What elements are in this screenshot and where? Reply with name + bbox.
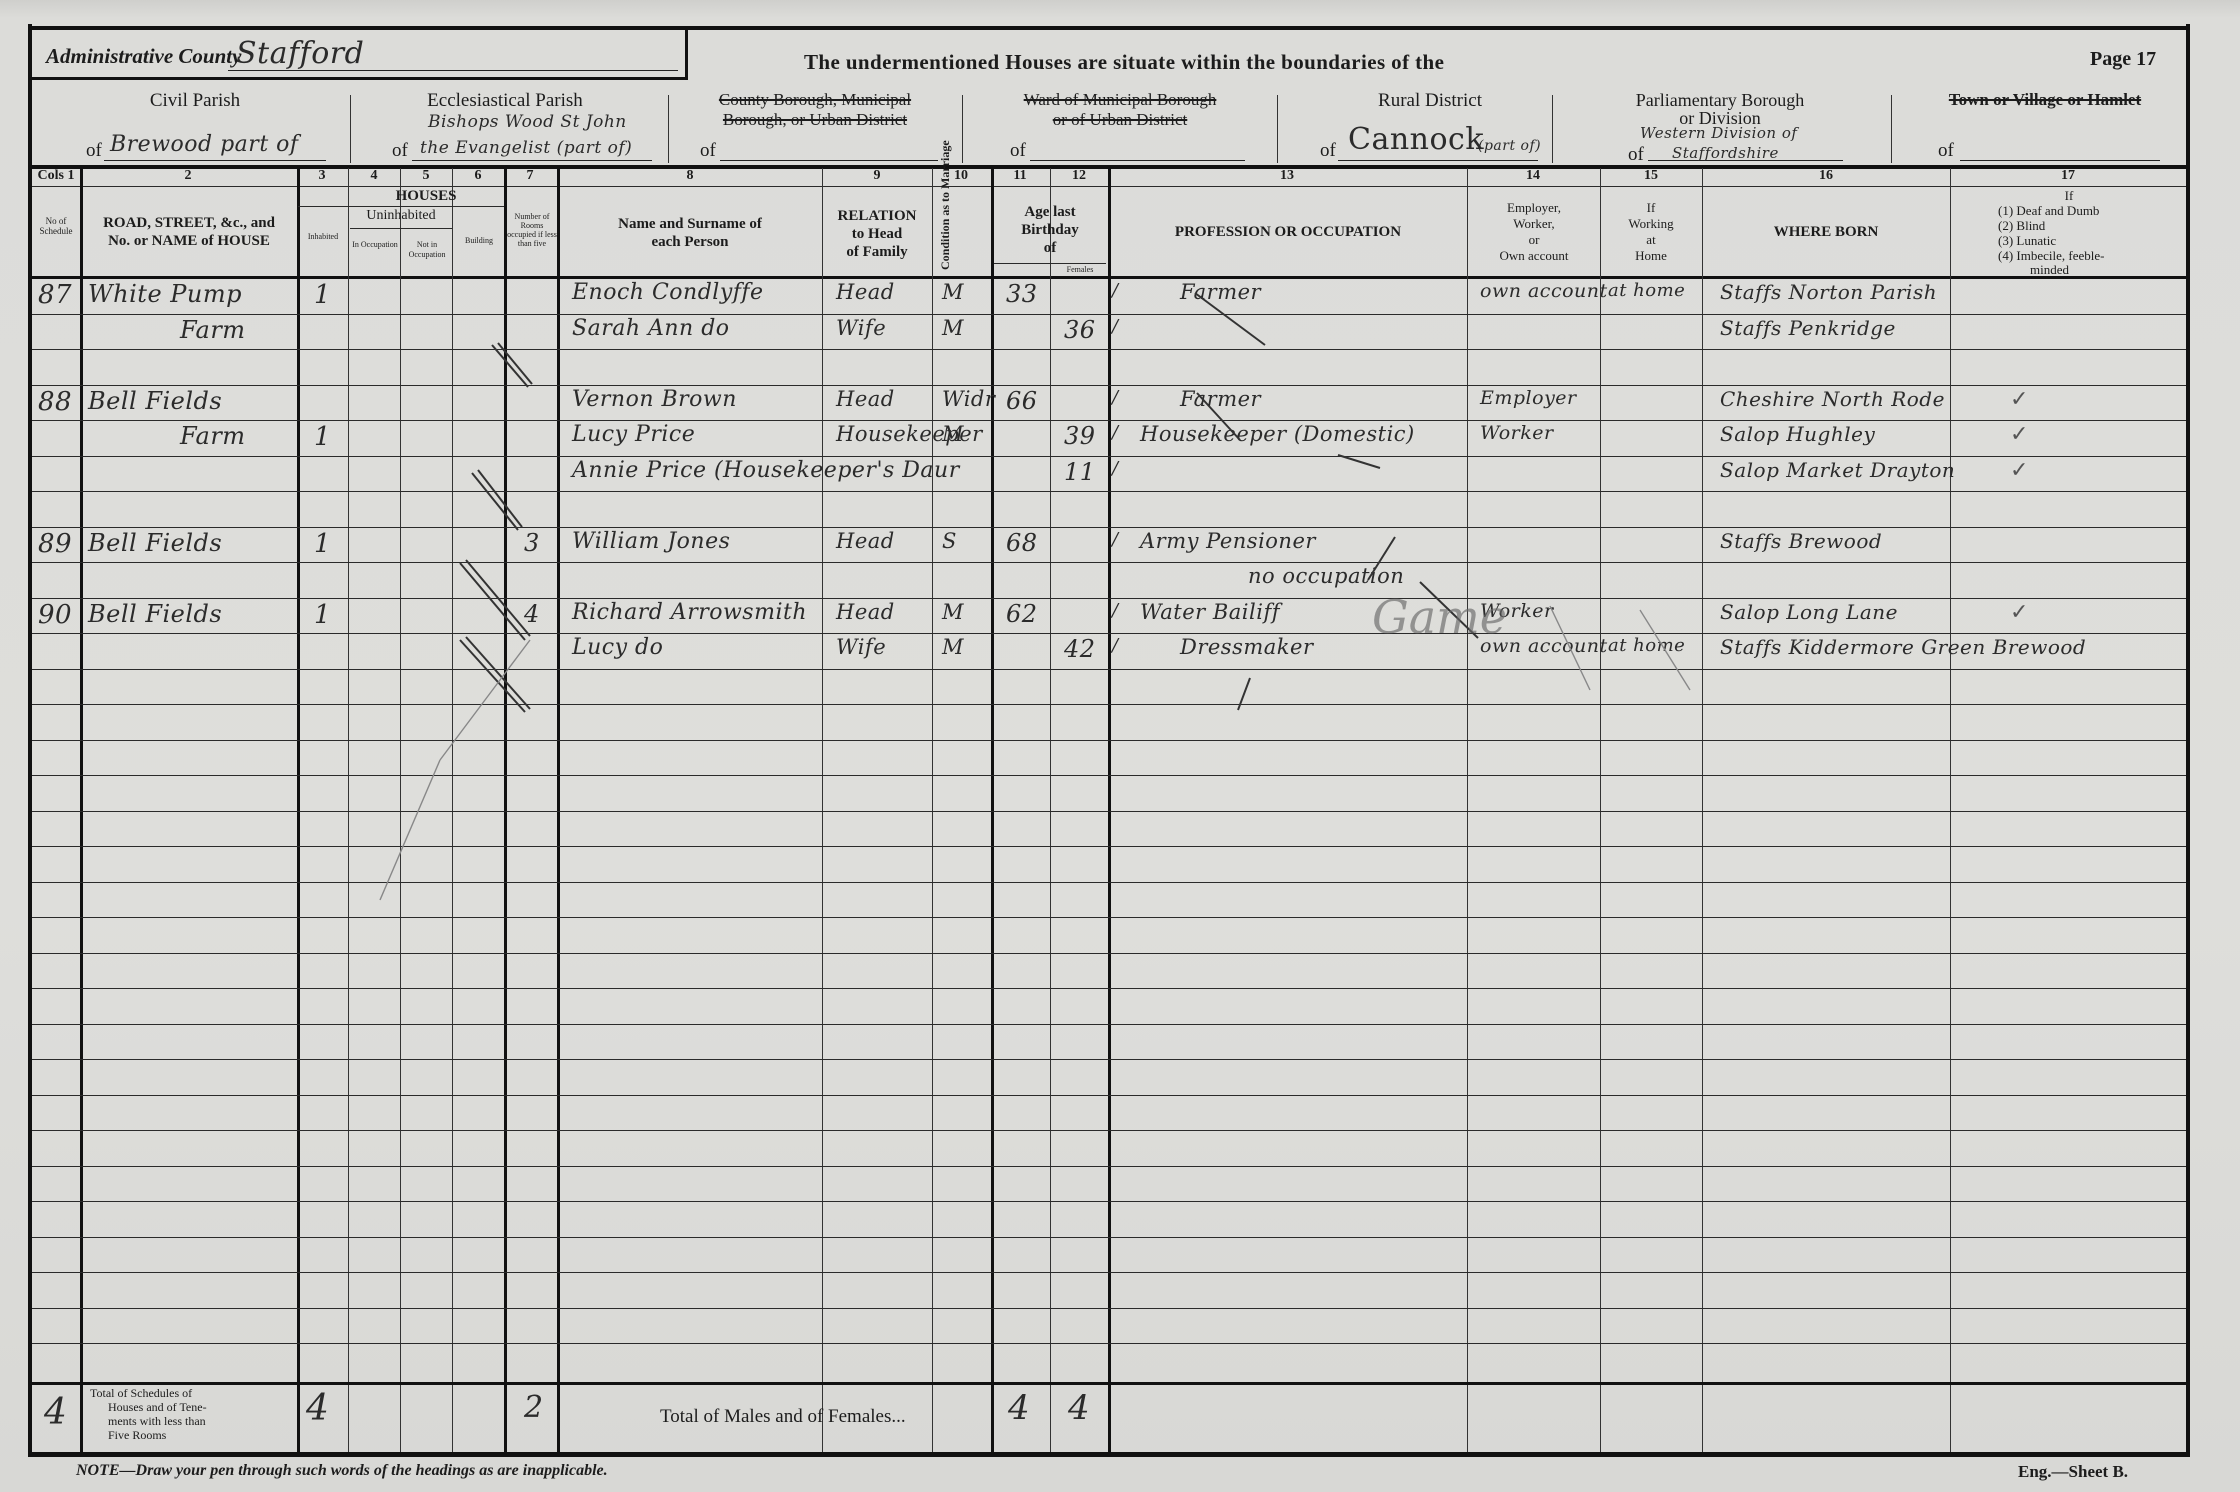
totals-rooms: 2 [524,1390,544,1425]
totals-label-line4: Five Rooms [108,1428,166,1443]
footer-note: NOTE—Draw your pen through such words of… [76,1462,608,1480]
totals-females: 4 [1068,1388,1090,1428]
census-page: Administrative County Stafford The under… [0,0,2240,1492]
totals-males: 4 [1008,1388,1030,1428]
totals-label-line1: Total of Schedules of [90,1386,192,1400]
totals-label-line2: Houses and of Tene- [108,1400,207,1415]
totals-schedules: 4 [44,1392,67,1433]
totals-houses: 4 [306,1388,329,1429]
sheet-label: Eng.—Sheet B. [2018,1462,2128,1482]
totals-males-females-label: Total of Males and of Females... [660,1406,906,1428]
totals-label-line3: ments with less than [108,1414,206,1429]
pen-strokes [0,0,2240,1492]
pencil-annotation: Game [1372,590,1507,644]
totals-top-border [32,1382,2186,1385]
